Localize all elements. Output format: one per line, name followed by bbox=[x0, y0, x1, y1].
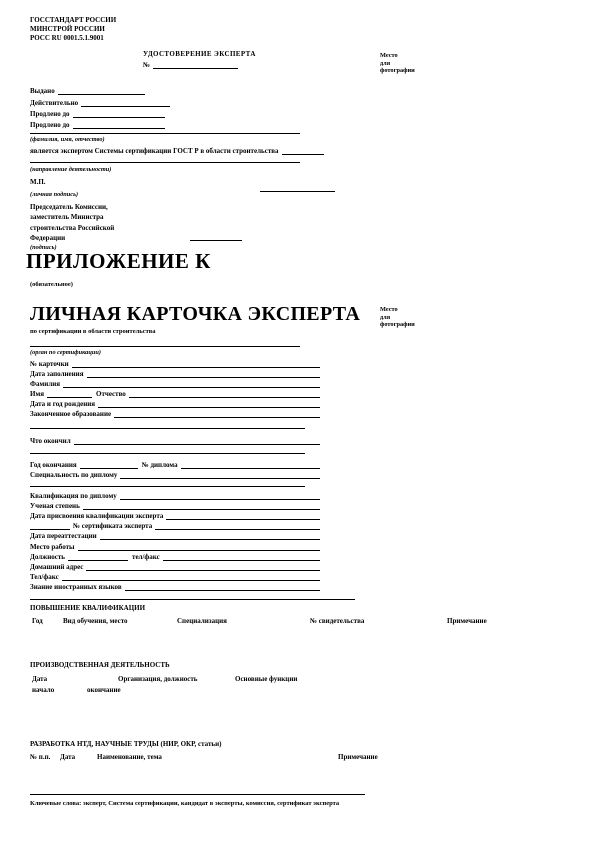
continuation-line bbox=[30, 486, 305, 487]
photo-text-line: фотографии bbox=[380, 67, 415, 75]
personal-signature-caption: (личная подпись) bbox=[30, 191, 78, 199]
field-blank bbox=[120, 491, 320, 500]
training-col-year: Год bbox=[32, 617, 43, 625]
field-blank bbox=[74, 436, 320, 445]
field-label: № карточки bbox=[30, 360, 69, 368]
field-blank bbox=[83, 501, 320, 510]
field-label: Знание иностранных языков bbox=[30, 583, 122, 591]
field-blank bbox=[98, 399, 320, 408]
field-position-telfax: Должность тел/факс bbox=[30, 552, 320, 561]
field-label: Место работы bbox=[30, 543, 75, 551]
annex-title: ПРИЛОЖЕНИЕ К bbox=[26, 250, 211, 272]
field-label: Тел/факс bbox=[30, 573, 59, 581]
ntd-col-note: Примечание bbox=[338, 753, 378, 761]
personal-signature-line bbox=[260, 191, 335, 192]
field-languages: Знание иностранных языков bbox=[30, 582, 320, 591]
field-label: Дата переаттестации bbox=[30, 532, 97, 540]
field-label: Продлено до bbox=[30, 110, 70, 118]
expert-statement: является экспертом Системы сертификации … bbox=[30, 147, 279, 155]
field-label: Квалификация по диплому bbox=[30, 492, 117, 500]
training-col-note: Примечание bbox=[447, 617, 487, 625]
field-label: тел/факс bbox=[132, 553, 160, 561]
field-label: Дата присвоения квалификации эксперта bbox=[30, 512, 163, 520]
ntd-col-name: Наименование, тема bbox=[97, 753, 162, 761]
field-label: № сертификата эксперта bbox=[73, 522, 152, 530]
photo-text-line: фотографии bbox=[380, 321, 415, 329]
field-issued: Выдано bbox=[30, 86, 145, 95]
field-blank bbox=[78, 542, 320, 551]
production-title: ПРОИЗВОДСТВЕННАЯ ДЕЯТЕЛЬНОСТЬ bbox=[30, 661, 170, 670]
continuation-line bbox=[30, 453, 305, 454]
registry-block: ГОССТАНДАРТ РОССИИ МИНСТРОЙ РОССИИ РОСС … bbox=[30, 16, 116, 43]
field-blank bbox=[73, 120, 165, 129]
card-subtitle: по сертификации в области строительства bbox=[30, 328, 156, 336]
field-label: Должность bbox=[30, 553, 65, 561]
production-col-date: Дата bbox=[32, 675, 47, 683]
field-label: Год окончания bbox=[30, 461, 77, 469]
continuation-line bbox=[30, 428, 305, 429]
field-name-patronymic: Имя Отчество bbox=[30, 389, 320, 398]
photo-text-line: для bbox=[380, 60, 415, 68]
field-blank bbox=[80, 460, 138, 469]
separator-line bbox=[30, 133, 300, 134]
registry-line: МИНСТРОЙ РОССИИ bbox=[30, 25, 116, 34]
field-home-address: Домашний адрес bbox=[30, 562, 320, 571]
ntd-header-row: № п.п. Дата Наименование, тема Примечани… bbox=[30, 753, 565, 763]
field-blank bbox=[114, 409, 320, 418]
signature-line bbox=[190, 240, 242, 241]
field-label: Выдано bbox=[30, 87, 55, 95]
certificate-number-label: № bbox=[143, 61, 150, 69]
org-caption: (орган по сертификации) bbox=[30, 349, 101, 357]
ntd-col-date: Дата bbox=[60, 753, 75, 761]
registry-line: ГОССТАНДАРТ РОССИИ bbox=[30, 16, 116, 25]
field-blank bbox=[87, 369, 321, 378]
separator-line bbox=[30, 794, 365, 795]
field-work: Место работы bbox=[30, 542, 320, 551]
certificate-number-field: № bbox=[143, 60, 238, 69]
field-blank bbox=[63, 379, 320, 388]
ntd-title: РАЗРАБОТКА НТД, НАУЧНЫЕ ТРУДЫ (НИР, ОКР,… bbox=[30, 740, 222, 749]
field-card-no: № карточки bbox=[30, 359, 320, 368]
field-blank bbox=[125, 582, 320, 591]
chairman-line: Председатель Комиссии, bbox=[30, 202, 114, 212]
field-blank bbox=[282, 146, 324, 155]
field-specialty: Специальность по диплому bbox=[30, 470, 320, 479]
training-title: ПОВЫШЕНИЕ КВАЛИФИКАЦИИ bbox=[30, 604, 145, 613]
field-blank bbox=[68, 552, 128, 561]
document-content: ГОССТАНДАРТ РОССИИ МИНСТРОЙ РОССИИ РОСС … bbox=[30, 0, 565, 842]
field-label: Фамилия bbox=[30, 380, 60, 388]
field-grad-year-diploma: Год окончания № диплома bbox=[30, 460, 320, 469]
activity-caption: (направление деятельности) bbox=[30, 166, 111, 174]
field-recert-date: Дата переаттестации bbox=[30, 531, 320, 540]
field-birth: Дата и год рождения bbox=[30, 399, 320, 408]
ntd-col-number: № п.п. bbox=[30, 753, 50, 761]
field-blank bbox=[58, 86, 145, 95]
field-label: Действительно bbox=[30, 99, 78, 107]
production-col-end: окончание bbox=[87, 686, 121, 694]
field-valid: Действительно bbox=[30, 98, 170, 107]
stamp-label: М.П. bbox=[30, 178, 46, 187]
production-col-start: начало bbox=[32, 686, 54, 694]
field-blank bbox=[86, 562, 320, 571]
field-blank bbox=[47, 389, 92, 398]
field-graduated: Что окончил bbox=[30, 436, 320, 445]
production-col-functions: Основные функции bbox=[235, 675, 297, 683]
field-label: Домашний адрес bbox=[30, 563, 83, 571]
expert-statement-row: является экспертом Системы сертификации … bbox=[30, 146, 408, 155]
certificate-title: УДОСТОВЕРЕНИЕ ЭКСПЕРТА bbox=[143, 50, 256, 59]
production-subheader-row: начало окончание bbox=[30, 686, 565, 696]
fio-caption: (фамилия, имя, отчество) bbox=[30, 136, 105, 144]
chairman-line: строительства Российской bbox=[30, 223, 114, 233]
field-label: Специальность по диплому bbox=[30, 471, 117, 479]
production-col-organization: Организация, должность bbox=[118, 675, 197, 683]
field-blank bbox=[120, 470, 320, 479]
field-label: Дата и год рождения bbox=[30, 400, 95, 408]
field-label: Продлено до bbox=[30, 121, 70, 129]
field-blank bbox=[81, 98, 170, 107]
training-col-type: Вид обучения, место bbox=[63, 617, 128, 625]
field-qual-date: Дата присвоения квалификации эксперта bbox=[30, 511, 320, 520]
field-blank bbox=[129, 389, 320, 398]
keywords-line: Ключевые слова: эксперт, Система сертифи… bbox=[30, 800, 339, 808]
training-header-row: Год Вид обучения, место Специализация № … bbox=[30, 617, 565, 627]
separator-line bbox=[30, 599, 355, 600]
card-title: ЛИЧНАЯ КАРТОЧКА ЭКСПЕРТА bbox=[30, 304, 360, 325]
annex-note: (обязательное) bbox=[30, 281, 73, 289]
field-degree: Ученая степень bbox=[30, 501, 320, 510]
field-blank bbox=[155, 521, 320, 530]
certificate-number-blank bbox=[153, 60, 238, 69]
field-blank bbox=[100, 531, 320, 540]
field-label: Что окончил bbox=[30, 437, 71, 445]
field-label: Дата заполнения bbox=[30, 370, 84, 378]
field-blank bbox=[73, 109, 165, 118]
field-fill-date: Дата заполнения bbox=[30, 369, 320, 378]
photo-placeholder-top: Место для фотографии bbox=[380, 52, 415, 75]
separator-line bbox=[30, 346, 300, 347]
field-cert-no: № сертификата эксперта bbox=[30, 521, 320, 530]
field-extended-2: Продлено до bbox=[30, 120, 165, 129]
photo-placeholder-card: Место для фотографии bbox=[380, 306, 415, 329]
field-blank bbox=[163, 552, 320, 561]
field-blank bbox=[72, 359, 320, 368]
field-extended-1: Продлено до bbox=[30, 109, 165, 118]
field-blank bbox=[181, 460, 320, 469]
production-header-row: Дата Организация, должность Основные фун… bbox=[30, 675, 565, 685]
field-blank bbox=[30, 521, 70, 530]
field-label: № диплома bbox=[142, 461, 178, 469]
field-label: Законченное образование bbox=[30, 410, 111, 418]
training-col-specialization: Специализация bbox=[177, 617, 227, 625]
photo-text-line: для bbox=[380, 314, 415, 322]
field-label: Отчество bbox=[96, 390, 126, 398]
registry-line: РОСС RU 0001.5.1.9001 bbox=[30, 34, 116, 43]
field-blank bbox=[166, 511, 320, 520]
field-surname: Фамилия bbox=[30, 379, 320, 388]
chairman-block: Председатель Комиссии, заместитель Минис… bbox=[30, 202, 114, 243]
separator-line bbox=[30, 162, 300, 163]
photo-text-line: Место bbox=[380, 306, 415, 314]
chairman-line: заместитель Министра bbox=[30, 212, 114, 222]
photo-text-line: Место bbox=[380, 52, 415, 60]
field-education: Законченное образование bbox=[30, 409, 320, 418]
field-label: Ученая степень bbox=[30, 502, 80, 510]
document-page: ГОССТАНДАРТ РОССИИ МИНСТРОЙ РОССИИ РОСС … bbox=[0, 0, 595, 842]
field-telfax: Тел/факс bbox=[30, 572, 320, 581]
field-qualification: Квалификация по диплому bbox=[30, 491, 320, 500]
field-blank bbox=[62, 572, 320, 581]
training-col-certificate: № свидетельства bbox=[310, 617, 364, 625]
field-label: Имя bbox=[30, 390, 44, 398]
chairman-line: Федерации bbox=[30, 233, 114, 243]
